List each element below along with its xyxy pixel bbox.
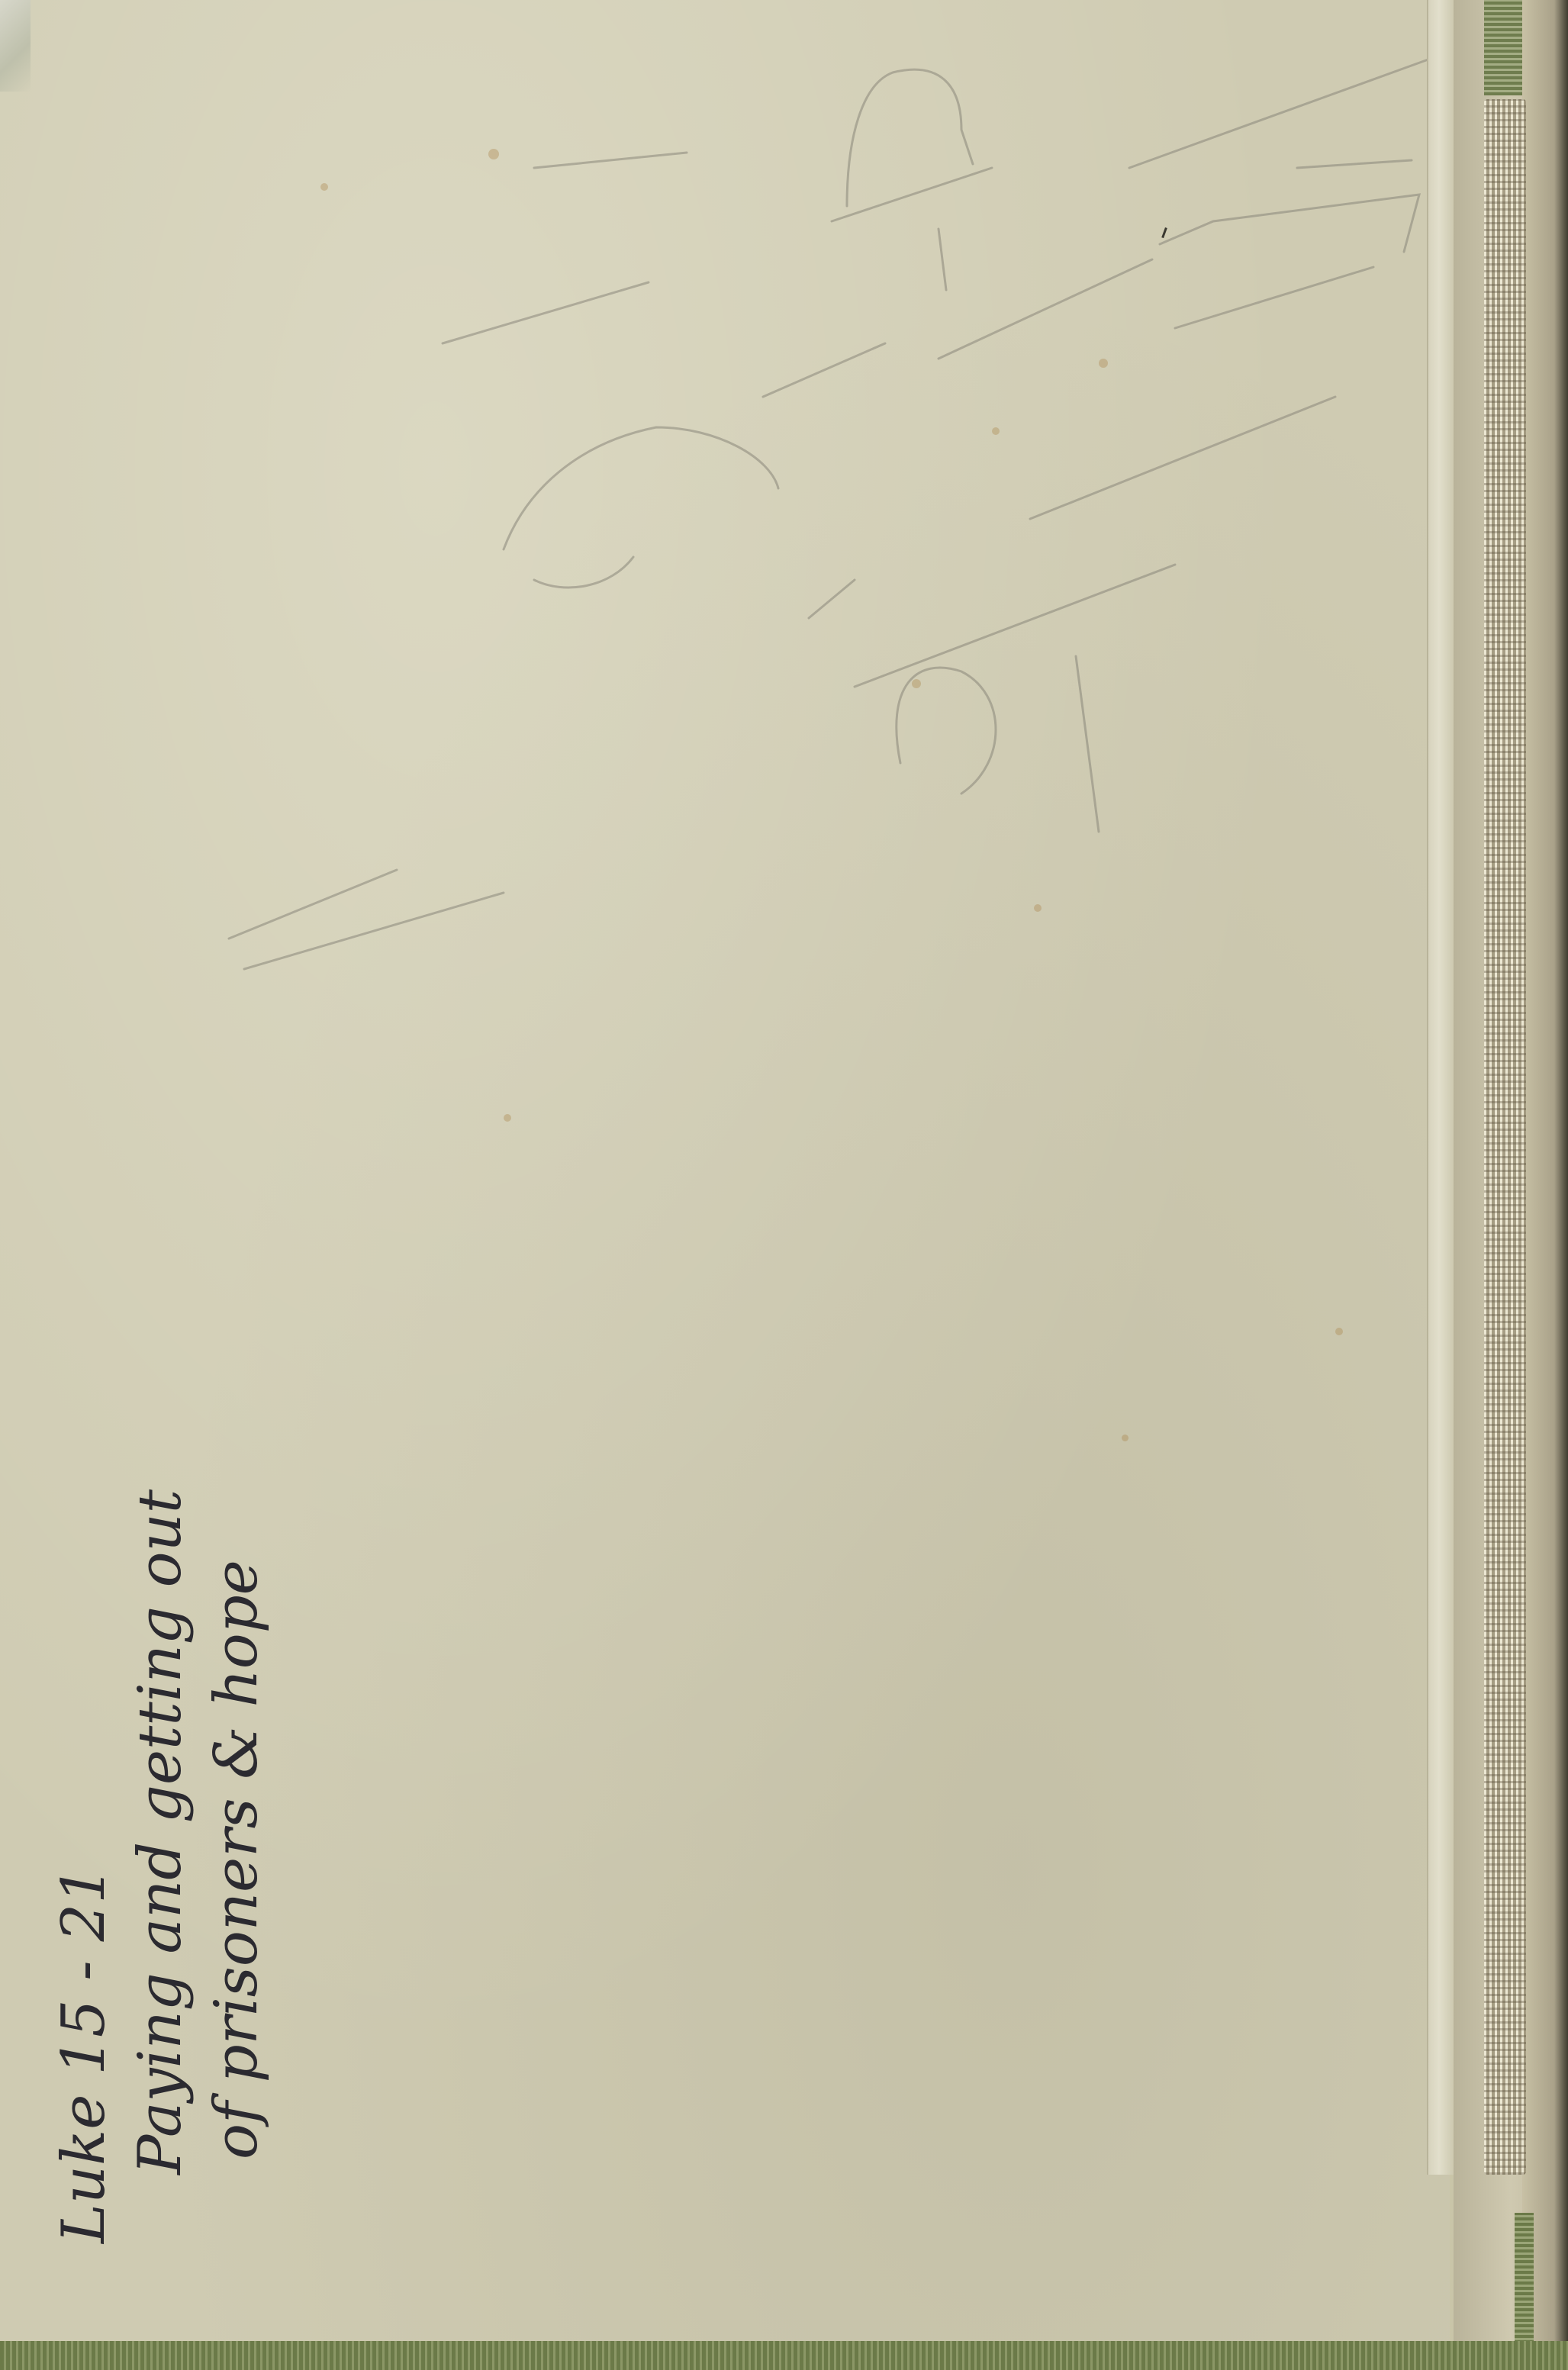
cloth-binding-bottom	[0, 2341, 1568, 2370]
page-edge	[1427, 0, 1455, 2175]
foxing-stain	[1335, 1328, 1343, 1335]
handwritten-note: Luke 15 - 21 Paying and getting out of p…	[46, 1175, 275, 2243]
foxing-stain	[504, 1114, 511, 1122]
note-line-scripture-reference: Luke 15 - 21	[46, 1175, 122, 2243]
cloth-binding-top	[1484, 0, 1522, 95]
foxing-stain	[1122, 1435, 1129, 1441]
note-line-2: Paying and getting out	[122, 1175, 198, 2243]
endpaper-page: Luke 15 - 21 Paying and getting out of p…	[0, 0, 1450, 2343]
pencil-scribbles	[0, 0, 1450, 1068]
cloth-binding-right	[1522, 0, 1568, 2370]
spine-gauze-mull	[1484, 99, 1526, 2175]
note-line-3: of prisoners & hope	[198, 1175, 275, 2243]
